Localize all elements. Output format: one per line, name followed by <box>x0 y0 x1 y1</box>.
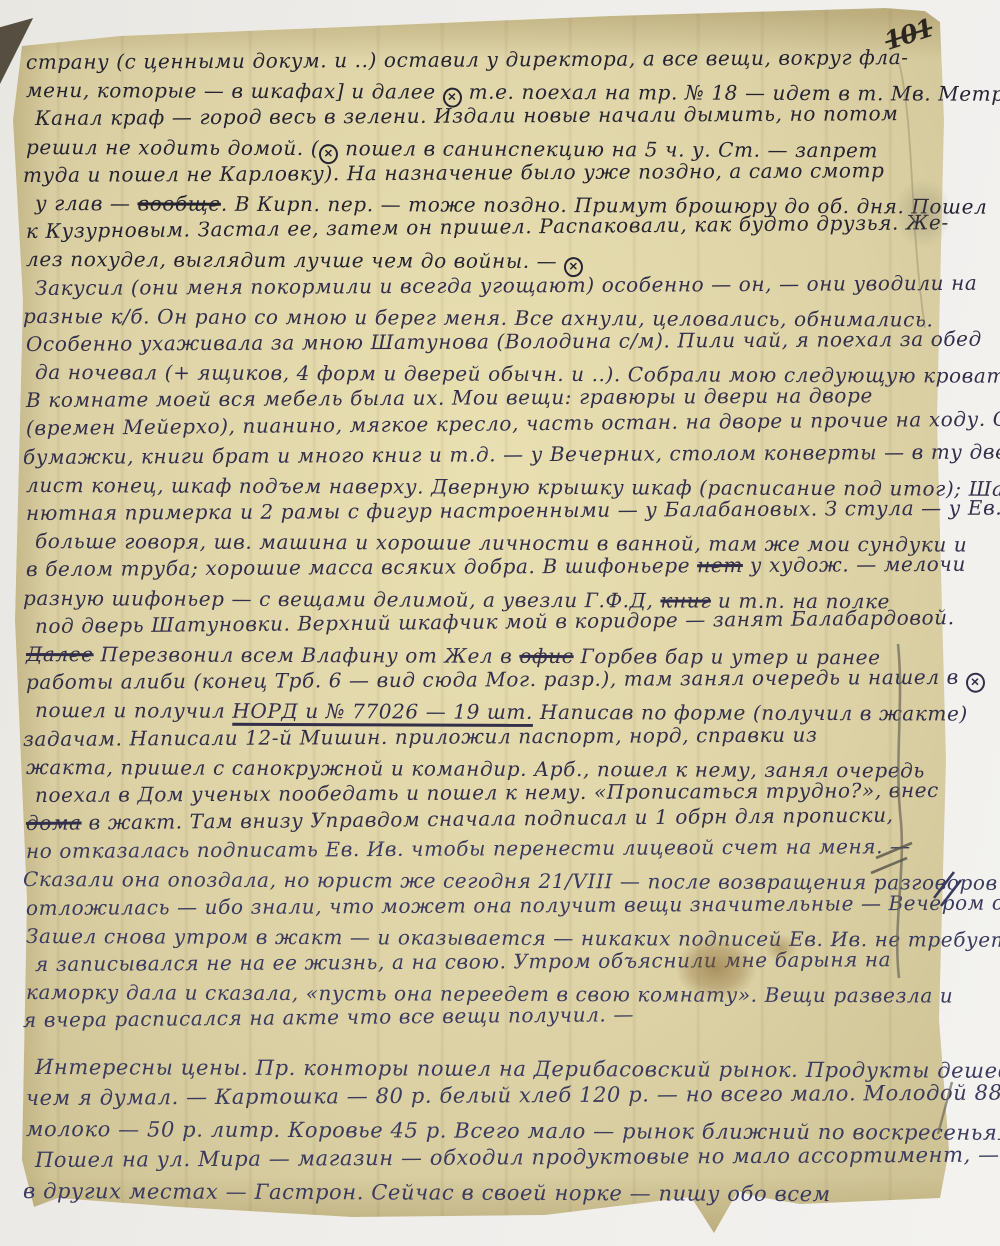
manuscript-line: страну (с ценными докум. и ..) оставил у… <box>26 45 938 78</box>
handwritten-text: я вчера расписался на акте что все вещи … <box>23 1003 634 1033</box>
handwritten-text: бумажки, книги брат и много книг и т.д. … <box>23 439 1000 469</box>
handwritten-text: страну (с ценными докум. и ..) оставил у… <box>26 45 909 74</box>
manuscript-line: отложилась — ибо знали, что может она по… <box>26 891 938 924</box>
handwritten-text: в других местах — Гастрон. Сейчас в свое… <box>23 1179 831 1206</box>
handwritten-text: туда и пошел не Карловку). На назначение… <box>23 158 885 187</box>
manuscript-line: Канал краф — город весь в зелени. Издали… <box>35 101 938 134</box>
handwritten-text: работы алиби (конец Трб. 6 — вид сюда Мо… <box>26 665 966 694</box>
handwritten-text: Закусил (они меня покормили и всегда уго… <box>35 270 978 299</box>
underlined-text: НОРД и № 77026 — 19 шт. <box>232 699 533 724</box>
handwritten-text: молоко — 50 р. литр. Коровье 45 р. Всего… <box>26 1117 1000 1145</box>
handwritten-text: пошел и получил <box>35 698 232 723</box>
struck-out-text: Далее <box>26 642 94 666</box>
manuscript-line: туда и пошел не Карловку). На назначение… <box>23 158 938 191</box>
handwritten-text: задачам. Написали 12-й Мишин. приложил п… <box>23 722 818 750</box>
manuscript-line: задачам. Написали 12-й Мишин. приложил п… <box>23 721 938 754</box>
manuscript-line: Закусил (они меня покормили и всегда уго… <box>35 270 938 303</box>
scanned-document: 101 страну (с ценными докум. и ..) остав… <box>0 0 1000 1246</box>
manuscript-line: бумажки, книги брат и много книг и т.д. … <box>23 440 938 473</box>
handwritten-text: у худож. — мелочи <box>743 552 966 577</box>
manuscript-line: но отказалась подписать Ев. Ив. чтобы пе… <box>26 834 938 867</box>
manuscript-line: чем я думал. — Картошка — 80 р. белый хл… <box>26 1080 938 1116</box>
manuscript-line: работы алиби (конец Трб. 6 — вид сюда Мо… <box>26 665 938 698</box>
handwritten-text: мени, которые — в шкафах] и далее <box>26 78 443 104</box>
struck-out-text: офис <box>519 644 573 668</box>
handwritten-text: нютная примерка и 2 рамы с фигур настрое… <box>26 495 1000 525</box>
handwritten-text: Канал краф — город весь в зелени. Издали… <box>35 102 899 131</box>
handwritten-text: Интересны цены. Пр. конторы пошел на Дер… <box>35 1055 1000 1083</box>
handwritten-text: поехал в Дом ученых пообедать и пошел к … <box>35 778 939 807</box>
manuscript-lines: страну (с ценными докум. и ..) оставил у… <box>26 50 938 1210</box>
manuscript-line: Особенно ухаживала за мною Шатунова (Вол… <box>26 327 938 360</box>
manuscript-line: в белом труба; хорошие масса всяких добр… <box>26 552 938 585</box>
struck-out-text: вообще <box>137 191 220 215</box>
handwritten-text: я записывался не на ее жизнь, а на свою.… <box>35 947 891 976</box>
manuscript-line: Пошел на ул. Мира — магазин — обходил пр… <box>35 1143 938 1179</box>
handwritten-text: В комнате моей вся мебель была их. Мои в… <box>26 384 873 413</box>
manuscript-line: нютная примерка и 2 рамы с фигур настрое… <box>26 496 938 529</box>
handwritten-text: решил не ходить домой. ( <box>26 135 319 160</box>
handwritten-text: но отказалась подписать Ев. Ив. чтобы пе… <box>26 834 911 863</box>
manuscript-line: в других местах — Гастрон. Сейчас в свое… <box>23 1179 938 1214</box>
handwritten-text: лез похудел, выглядит лучше чем до войны… <box>26 247 564 273</box>
handwritten-text: Перезвонил всем Влафину от Жел в <box>94 642 520 668</box>
struck-out-text: нет <box>697 553 743 577</box>
handwritten-text: Особенно ухаживала за мною Шатунова (Вол… <box>26 327 982 356</box>
handwritten-text: у глав — <box>35 191 138 215</box>
manuscript-line: я записывался не на ее жизнь, а на свою.… <box>35 947 938 980</box>
circled-x-mark: ✕ <box>966 673 985 693</box>
struck-out-text: дома <box>26 811 82 836</box>
handwritten-text: в белом труба; хорошие масса всяких добр… <box>26 554 697 582</box>
